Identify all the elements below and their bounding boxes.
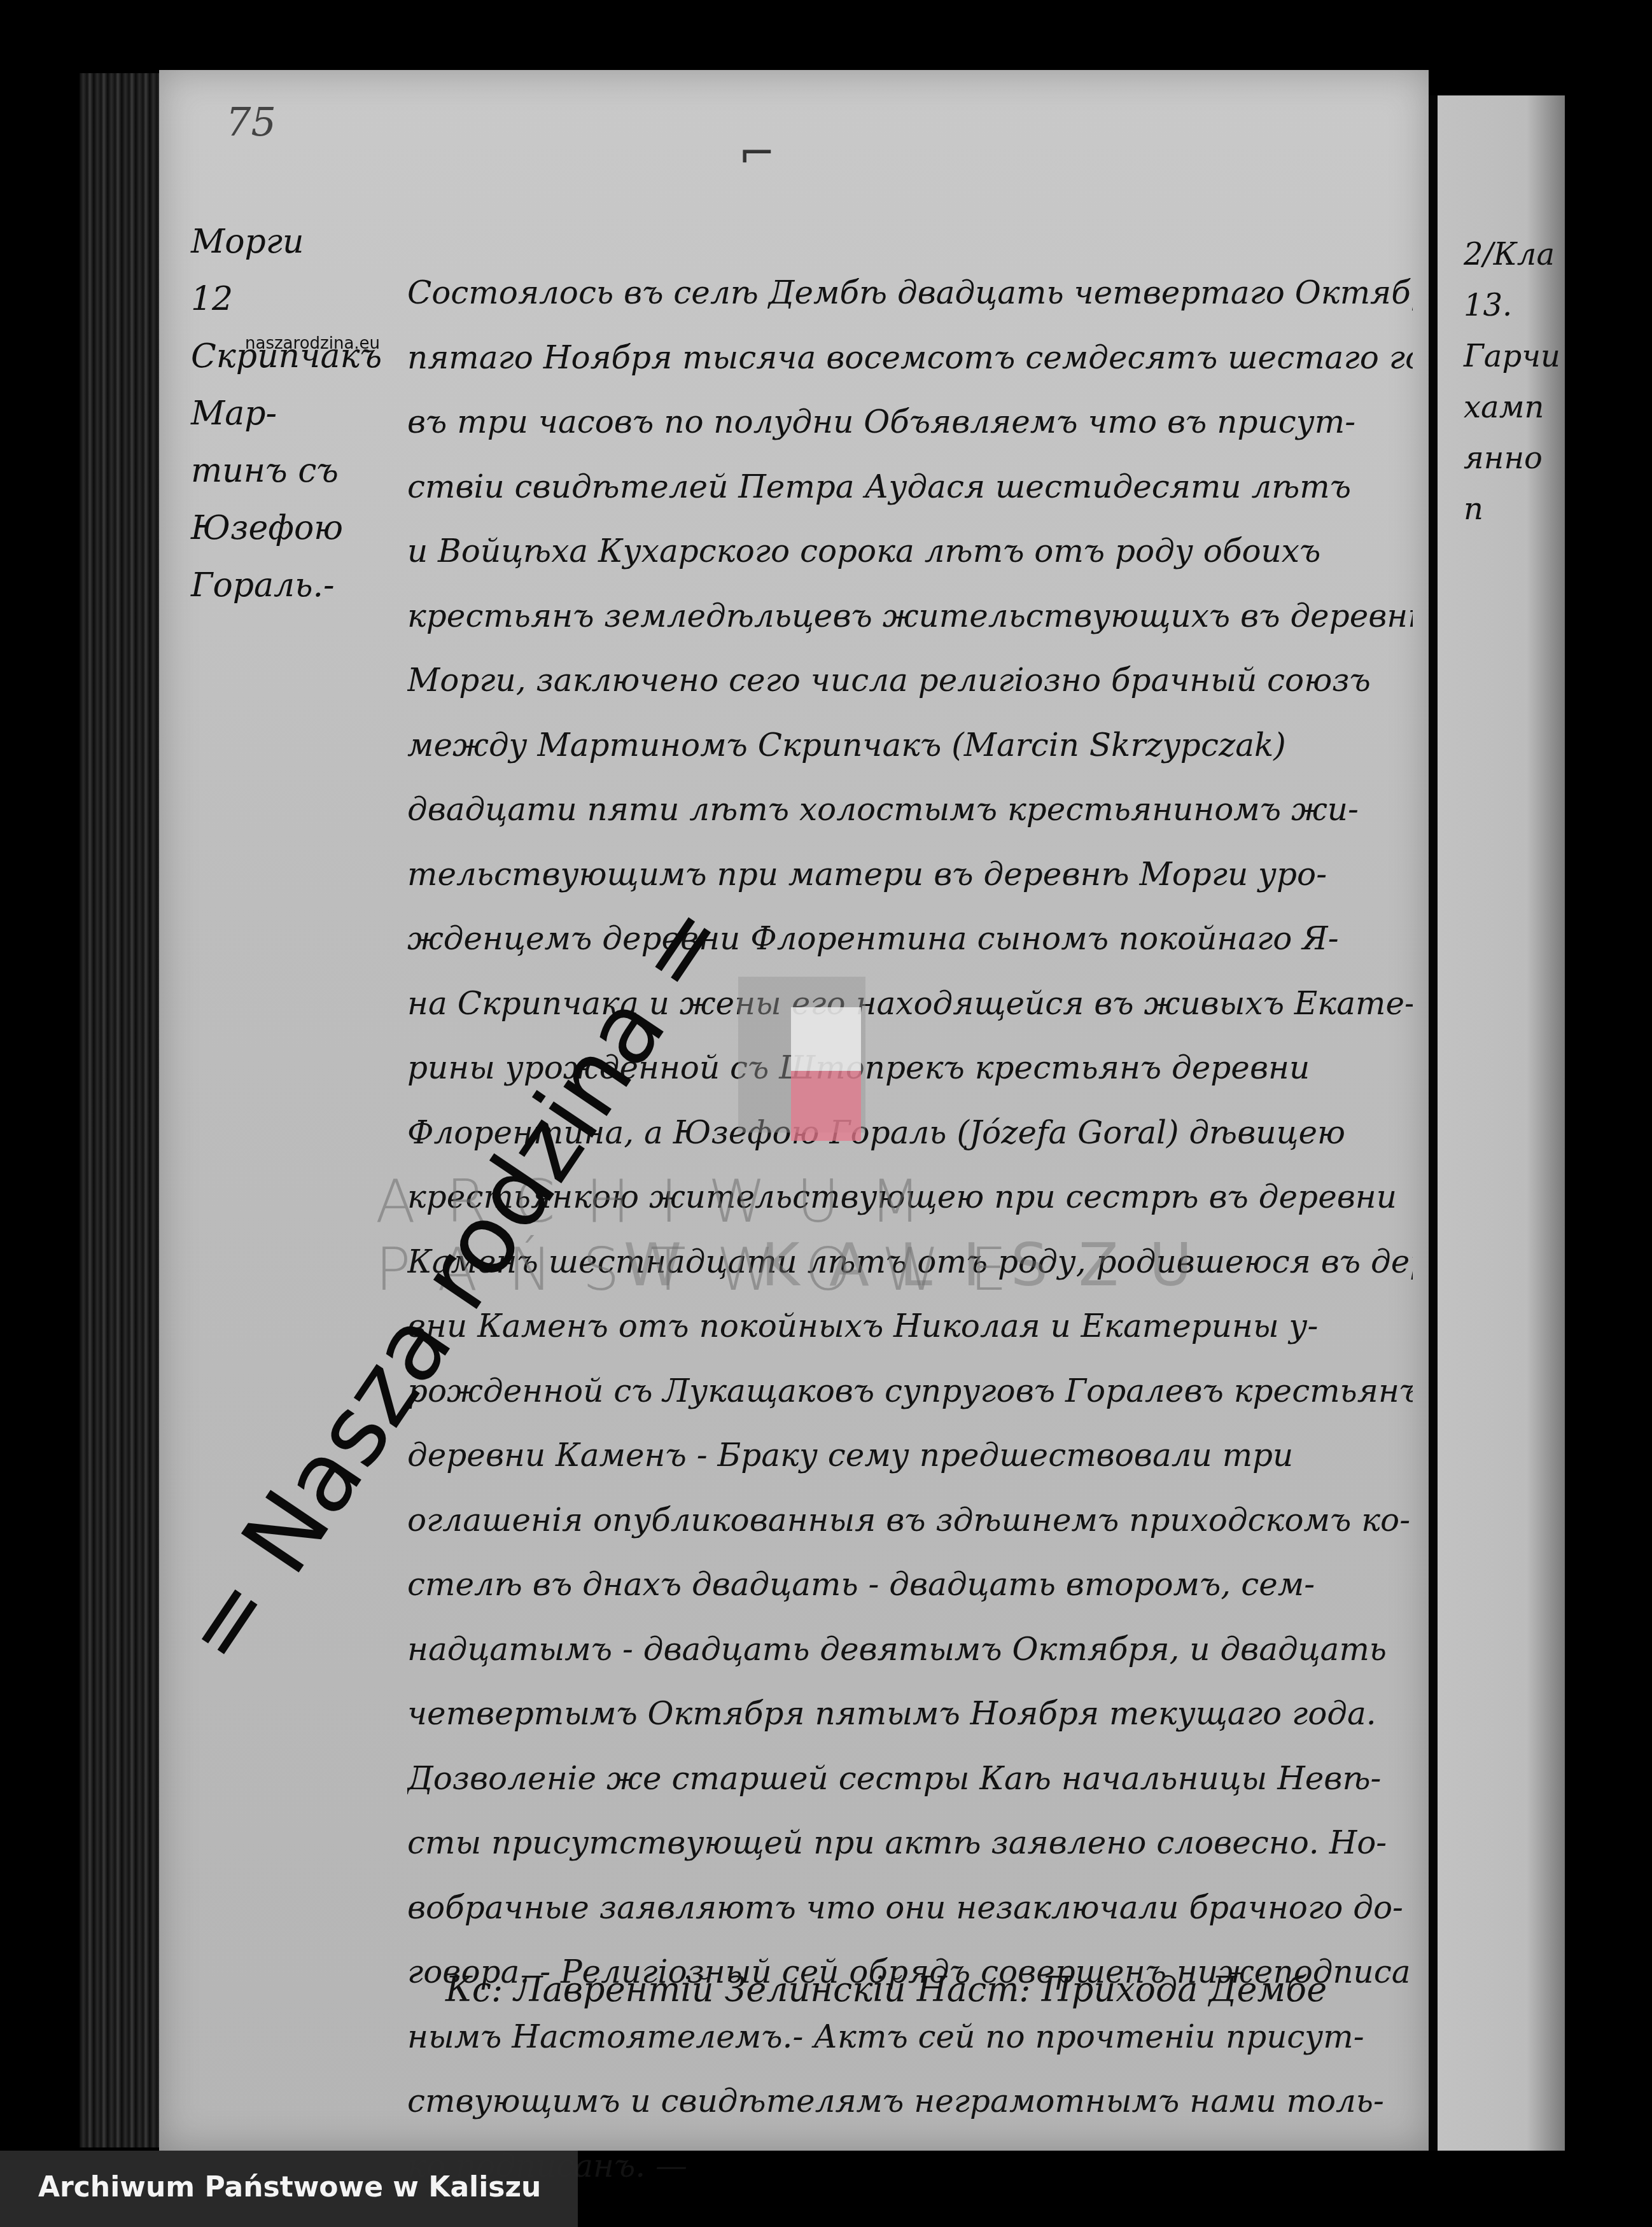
record-line: рожденной съ Лукащаковъ супруговъ Гоpале… bbox=[407, 1359, 1413, 1424]
record-line: тельствующимъ при матери въ деревнѣ Морг… bbox=[407, 842, 1413, 907]
record-line: надцатымъ - двадцать девятымъ Октября, и… bbox=[407, 1617, 1413, 1682]
record-line: Состоялось въ селѣ Дембѣ двадцать четвер… bbox=[407, 261, 1413, 326]
record-line: оглашенія опубликованныя въ здѣшнемъ при… bbox=[407, 1488, 1413, 1553]
record-line: вни Каменъ отъ покойныхъ Николая и Екате… bbox=[407, 1294, 1413, 1359]
record-line: въ три часовъ по полудни Объявляемъ что … bbox=[407, 390, 1413, 455]
record-line: Морги, заключено сего числа религіозно б… bbox=[407, 648, 1413, 713]
scanned-document-viewer: 75 ⌐ Морги 12 Скрипчакъ Мар- тинъ съ Юзе… bbox=[0, 0, 1652, 2227]
top-mark: ⌐ bbox=[738, 127, 776, 179]
book-page-edges bbox=[80, 73, 159, 2147]
record-line: ствіи свидѣтелей Петра Аудася шестидесят… bbox=[407, 455, 1413, 520]
page-gutter bbox=[1429, 95, 1438, 2151]
archive-logo-flag-red bbox=[791, 1071, 861, 1141]
archive-caption: Archiwum Państwowe w Kaliszu bbox=[38, 2171, 541, 2203]
record-line: деревни Каменъ - Браку сему предшествова… bbox=[407, 1423, 1413, 1488]
record-line: Дозволеніе же старшей сестры Каѣ начальн… bbox=[407, 1747, 1413, 1812]
left-margin-note: Морги 12 Скрипчакъ Мар- тинъ съ Юзефою Г… bbox=[191, 213, 382, 614]
record-line: крестьянъ земледѣльцевъ жительствующихъ … bbox=[407, 584, 1413, 649]
record-line: пятаго Ноября тысяча восемсотъ семдесятъ… bbox=[407, 326, 1413, 391]
margin-village: Морги bbox=[191, 213, 382, 270]
adjacent-margin-line: 2/Кла bbox=[1464, 229, 1559, 280]
margin-names-line3: Гораль.- bbox=[191, 557, 382, 614]
site-watermark: naszarodzina.eu bbox=[245, 334, 380, 353]
margin-record-number: 12 bbox=[191, 270, 382, 328]
record-line: четвертымъ Октября пятымъ Ноября текущаг… bbox=[407, 1682, 1413, 1747]
record-line: двадцати пяти лѣтъ холостымъ крестьянино… bbox=[407, 778, 1413, 842]
adjacent-page-margin-note: 2/Кла 13. Гарчи хамп янно п bbox=[1464, 229, 1559, 534]
record-line: жденцемъ деревни Флорентина сыномъ покой… bbox=[407, 907, 1413, 972]
record-line: и Войцѣха Кухарского сорока лѣтъ отъ род… bbox=[407, 519, 1413, 584]
record-line: нымъ Настоятелемъ.- Актъ сей по прочтені… bbox=[407, 2005, 1413, 2070]
adjacent-margin-line: 13. bbox=[1464, 280, 1559, 331]
record-line: между Мартиномъ Скрипчакъ (Marcin Skrzyp… bbox=[407, 713, 1413, 778]
adjacent-margin-line: хамп bbox=[1464, 382, 1559, 433]
adjacent-margin-line: Гарчи bbox=[1464, 331, 1559, 382]
archive-logo-flag-white bbox=[791, 1007, 861, 1071]
record-line: вобрачные заявляютъ что они незаключали … bbox=[407, 1876, 1413, 1941]
adjacent-margin-line: п bbox=[1464, 484, 1559, 534]
archive-watermark-city: W KALISZU bbox=[624, 1231, 1222, 1299]
record-line: на Скрипчака и жены его находящейся въ ж… bbox=[407, 972, 1413, 1037]
priest-signature: Кс: Лаврентій Зелинскій Наст: Прихода Де… bbox=[445, 1969, 1327, 2009]
margin-names-line2: тинъ съ Юзефою bbox=[191, 442, 382, 557]
record-line: ствующимъ и свидѣтелямъ неграмотнымъ нам… bbox=[407, 2069, 1413, 2134]
adjacent-margin-line: янно bbox=[1464, 433, 1559, 484]
record-line: сты присутствующей при актѣ заявлено сло… bbox=[407, 1811, 1413, 1876]
folio-number: 75 bbox=[226, 99, 276, 145]
record-line: стелѣ въ днахъ двадцать - двадцать второ… bbox=[407, 1553, 1413, 1617]
